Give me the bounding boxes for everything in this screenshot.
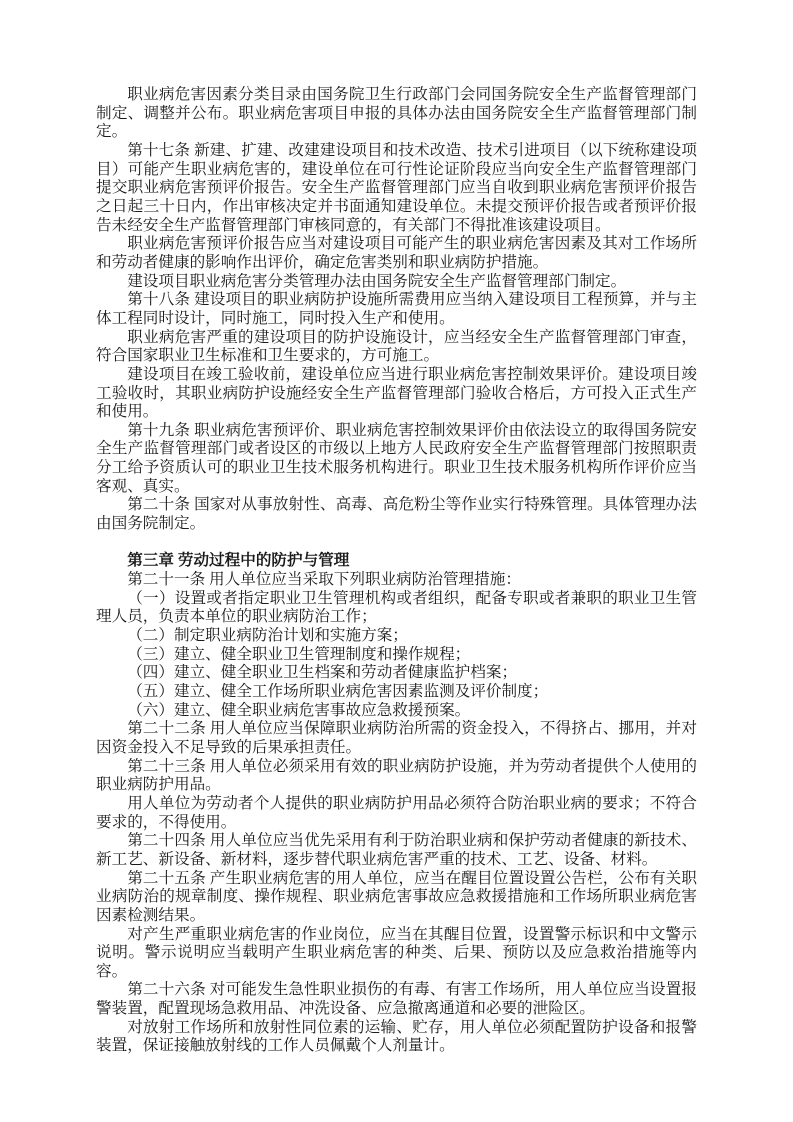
paragraph: （二）制定职业病防治计划和实施方案；	[96, 627, 697, 646]
paragraph: 职业病危害严重的建设项目的防护设施设计，应当经安全生产监督管理部门审查，符合国家…	[96, 329, 697, 366]
document-text-body: 职业病危害因素分类目录由国务院卫生行政部门会同国务院安全生产监督管理部门制定、调…	[96, 86, 697, 1056]
paragraph: （四）建立、健全职业卫生档案和劳动者健康监护档案；	[96, 664, 697, 683]
paragraph: 用人单位为劳动者个人提供的职业病防护用品必须符合防治职业病的要求；不符合要求的，…	[96, 795, 697, 832]
paragraph: 第二十四条 用人单位应当优先采用有利于防治职业病和保护劳动者健康的新技术、新工艺…	[96, 832, 697, 869]
paragraph: 第二十三条 用人单位必须采用有效的职业病防护设施，并为劳动者提供个人使用的职业病…	[96, 758, 697, 795]
document-page: 职业病危害因素分类目录由国务院卫生行政部门会同国务院安全生产监督管理部门制定、调…	[0, 0, 793, 1122]
paragraph: （六）建立、健全职业病危害事故应急救援预案。	[96, 702, 697, 721]
paragraph: 第二十六条 对可能发生急性职业损伤的有毒、有害工作场所，用人单位应当设置报警装置…	[96, 981, 697, 1018]
paragraph: （一）设置或者指定职业卫生管理机构或者组织，配备专职或者兼职的职业卫生管理人员，…	[96, 590, 697, 627]
paragraph: 职业病危害预评价报告应当对建设项目可能产生的职业病危害因素及其对工作场所和劳动者…	[96, 235, 697, 272]
paragraph: 对放射工作场所和放射性同位素的运输、贮存，用人单位必须配置防护设备和报警装置，保…	[96, 1019, 697, 1056]
paragraph: 建设项目职业病危害分类管理办法由国务院安全生产监督管理部门制定。	[96, 273, 697, 292]
paragraph: （五）建立、健全工作场所职业病危害因素监测及评价制度；	[96, 683, 697, 702]
paragraph: 第十八条 建设项目的职业病防护设施所需费用应当纳入建设项目工程预算，并与主体工程…	[96, 291, 697, 328]
paragraph: 职业病危害因素分类目录由国务院卫生行政部门会同国务院安全生产监督管理部门制定、调…	[96, 86, 697, 142]
paragraph: 第二十二条 用人单位应当保障职业病防治所需的资金投入，不得挤占、挪用，并对因资金…	[96, 720, 697, 757]
paragraph: 第二十一条 用人单位应当采取下列职业病防治管理措施：	[96, 571, 697, 590]
paragraph: 对产生严重职业病危害的作业岗位，应当在其醒目位置，设置警示标识和中文警示说明。警…	[96, 926, 697, 982]
paragraph: 建设项目在竣工验收前，建设单位应当进行职业病危害控制效果评价。建设项目竣工验收时…	[96, 366, 697, 422]
paragraph: 第二十五条 产生职业病危害的用人单位，应当在醒目位置设置公告栏，公布有关职业病防…	[96, 870, 697, 926]
paragraph: （三）建立、健全职业卫生管理制度和操作规程；	[96, 646, 697, 665]
chapter-heading: 第三章 劳动过程中的防护与管理	[96, 552, 697, 571]
paragraph: 第二十条 国家对从事放射性、高毒、高危粉尘等作业实行特殊管理。具体管理办法由国务…	[96, 496, 697, 533]
paragraph: 第十七条 新建、扩建、改建建设项目和技术改造、技术引进项目（以下统称建设项目）可…	[96, 142, 697, 235]
paragraph: 第十九条 职业病危害预评价、职业病危害控制效果评价由依法设立的取得国务院安全生产…	[96, 422, 697, 497]
